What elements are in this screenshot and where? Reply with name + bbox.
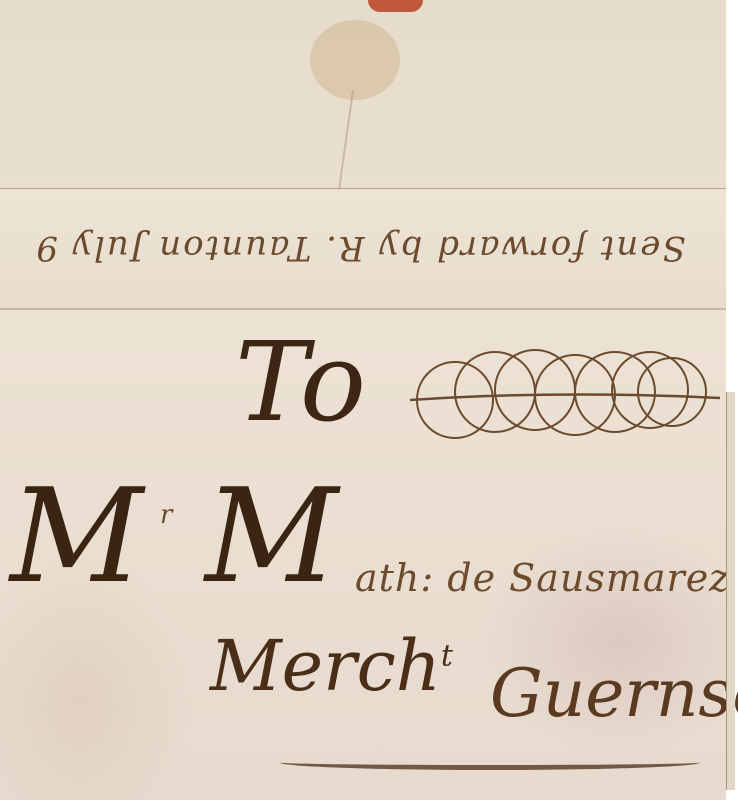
occupation-text: Merch [210, 625, 441, 707]
address-occupation: Mercht [210, 625, 453, 707]
address-honorific-superscript: r [160, 500, 172, 530]
paper-stain [310, 20, 400, 100]
salutation-to: To [235, 318, 366, 446]
letter-sheet: Sent forward by R. Taunton July 9 To M r… [0, 0, 726, 800]
address-honorific: M [10, 460, 143, 612]
forwarding-note: Sent forward by R. Taunton July 9 [30, 228, 690, 268]
occupation-superscript: t [441, 639, 453, 674]
wax-seal-fragment [368, 0, 423, 12]
underline-flourish [280, 755, 700, 770]
address-name-initial: M [205, 460, 338, 612]
calligraphic-flourish [410, 340, 720, 450]
address-name: ath: de Sausmarez [355, 556, 730, 600]
paper-edge [726, 392, 735, 790]
address-place: Guernsey [490, 655, 738, 732]
